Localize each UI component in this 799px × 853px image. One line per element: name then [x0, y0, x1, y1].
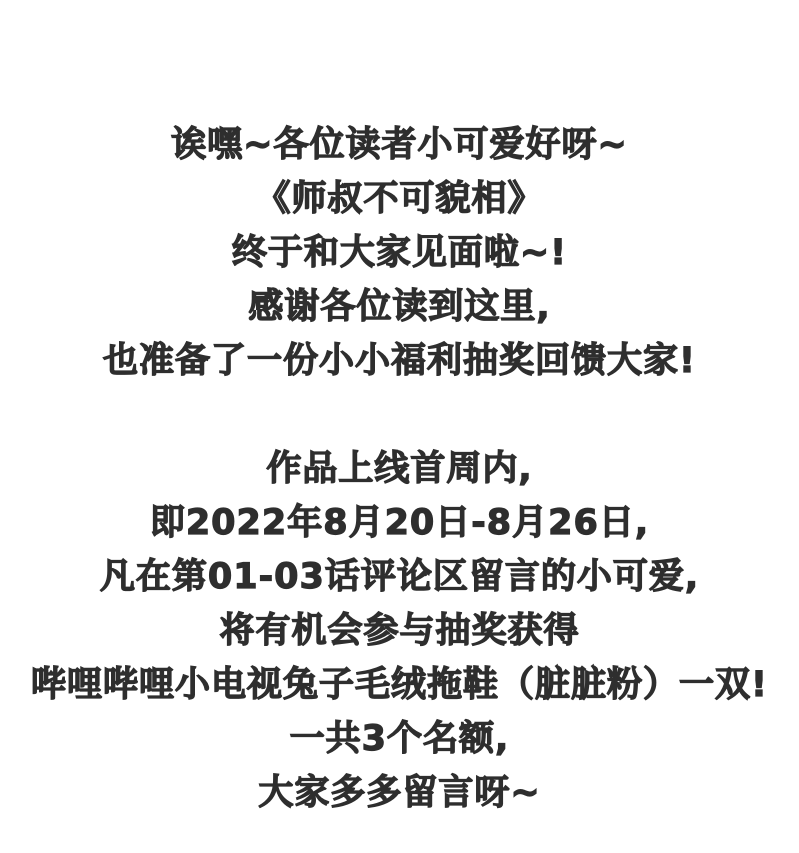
- announcement-line: 哔哩哔哩小电视兔子毛绒拖鞋（脏脏粉）一双!: [31, 658, 768, 712]
- announcement-line: 诶嘿~各位读者小可爱好呀~: [171, 118, 628, 172]
- announcement-line: 将有机会参与抽奖获得: [219, 604, 579, 658]
- announcement-line: 也准备了一份小小福利抽奖回馈大家!: [103, 334, 696, 388]
- announcement-paragraph: 作品上线首周内,即2022年8月20日-8月26日,凡在第01-03话评论区留言…: [31, 442, 768, 820]
- announcement-line: 感谢各位读到这里,: [248, 280, 550, 334]
- announcement-line: 《师叔不可貌相》: [255, 172, 543, 226]
- announcement-line: 凡在第01-03话评论区留言的小可爱,: [100, 550, 699, 604]
- announcement-line: 一共3个名额,: [290, 712, 510, 766]
- announcement-line: 终于和大家见面啦~!: [232, 226, 567, 280]
- announcement-line: 作品上线首周内,: [266, 442, 532, 496]
- announcement-line: 即2022年8月20日-8月26日,: [150, 496, 649, 550]
- announcement-paragraph: 诶嘿~各位读者小可爱好呀~《师叔不可貌相》终于和大家见面啦~!感谢各位读到这里,…: [103, 118, 696, 388]
- announcement-line: 大家多多留言呀~: [258, 766, 540, 820]
- announcement-page: 诶嘿~各位读者小可爱好呀~《师叔不可貌相》终于和大家见面啦~!感谢各位读到这里,…: [0, 0, 799, 853]
